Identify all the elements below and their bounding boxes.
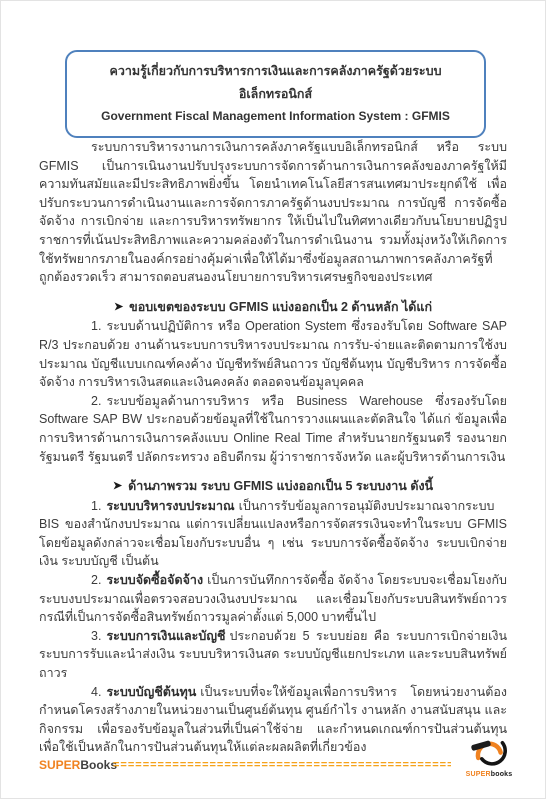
item-number: 1. xyxy=(91,499,101,513)
footer-brand-super: SUPER xyxy=(39,758,80,772)
list-item: 1.ระบบด้านปฏิบัติการ หรือ Operation Syst… xyxy=(39,317,507,391)
document-body: ระบบการบริหารงานการเงินการคลังภาครัฐแบบอ… xyxy=(39,138,507,757)
section-heading-text: ขอบเขตของระบบ GFMIS แบ่งออกเป็น 2 ด้านหล… xyxy=(129,300,432,314)
item-name: ระบบบริหารงบประมาณ xyxy=(106,499,234,513)
item-text: ระบบข้อมูลด้านการบริหาร หรือ Business Wa… xyxy=(39,394,507,464)
page-title-english: Government Fiscal Management Information… xyxy=(81,106,470,127)
section-heading-text: ด้านภาพรวม ระบบ GFMIS แบ่งออกเป็น 5 ระบบ… xyxy=(128,479,433,493)
document-page: ความรู้เกี่ยวกับการบริหารการเงินและการคล… xyxy=(0,0,546,799)
item-name: ระบบจัดซื้อจัดจ้าง xyxy=(106,573,203,587)
list-item: 3.ระบบการเงินและบัญชีประกอบด้วย 5 ระบบย่… xyxy=(39,627,507,683)
item-number: 3. xyxy=(91,629,101,643)
footer-brand: SUPERBooks xyxy=(39,758,117,772)
logo-text-books: books xyxy=(491,771,513,778)
title-box: ความรู้เกี่ยวกับการบริหารการเงินและการคล… xyxy=(65,50,486,138)
superbooks-logo: SUPERbooks xyxy=(461,732,517,778)
footer-brand-books: Books xyxy=(80,758,117,772)
item-name: ระบบบัญชีต้นทุน xyxy=(106,685,196,699)
logo-text-super: SUPER xyxy=(466,771,491,778)
item-number: 2. xyxy=(91,394,101,408)
section-heading-overview: ➤ด้านภาพรวม ระบบ GFMIS แบ่งออกเป็น 5 ระบ… xyxy=(39,477,507,497)
item-number: 4. xyxy=(91,685,101,699)
arrow-bullet-icon: ➤ xyxy=(114,301,123,313)
superbooks-logo-text: SUPERbooks xyxy=(461,771,517,778)
item-number: 2. xyxy=(91,573,101,587)
superbooks-logo-icon xyxy=(467,732,511,766)
intro-paragraph: ระบบการบริหารงานการเงินการคลังภาครัฐแบบอ… xyxy=(39,138,507,287)
item-name: ระบบการเงินและบัญชี xyxy=(106,629,225,643)
item-text: ระบบด้านปฏิบัติการ หรือ Operation System… xyxy=(39,319,507,389)
arrow-bullet-icon: ➤ xyxy=(113,480,122,492)
section-heading-scope: ➤ขอบเขตของระบบ GFMIS แบ่งออกเป็น 2 ด้านห… xyxy=(39,298,507,318)
page-title-thai: ความรู้เกี่ยวกับการบริหารการเงินและการคล… xyxy=(81,60,470,106)
list-item: 2.ระบบจัดซื้อจัดจ้างเป็นการบันทึกการจัดซ… xyxy=(39,571,507,627)
page-footer: SUPERBooks =============================… xyxy=(39,726,517,778)
list-item: 1.ระบบบริหารงบประมาณเป็นการรับข้อมูลการอ… xyxy=(39,497,507,571)
footer-separator-line: ========================================… xyxy=(113,759,451,771)
list-item: 2.ระบบข้อมูลด้านการบริหาร หรือ Business … xyxy=(39,392,507,466)
item-number: 1. xyxy=(91,319,101,333)
